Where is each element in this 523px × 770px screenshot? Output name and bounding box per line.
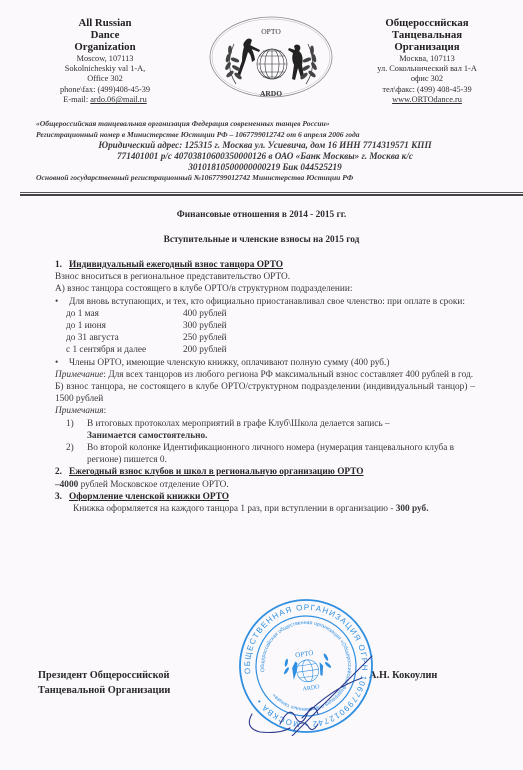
section-1-heading: 1.Индивидуальный ежегодный взнос танцора… — [55, 259, 475, 271]
website-link[interactable]: www.ORTOdance.ru — [362, 95, 492, 105]
logo-bottom-text: ARDO — [260, 89, 282, 98]
letterhead-right: Общероссийская Танцевальная Организация … — [362, 17, 492, 106]
schedule-amount: 200 рублей — [183, 344, 475, 356]
logo-top-text: ОРТО — [261, 27, 281, 36]
org-name-ru-2: Танцевальная — [362, 29, 492, 41]
registration-block: «Общероссийская танцевальная организация… — [20, 119, 510, 184]
org-name-en-1: All Russian — [40, 17, 170, 29]
address-line: Office 302 — [40, 74, 170, 84]
schedule-period: с 1 сентября и далее — [66, 344, 183, 356]
official-stamp: ОБЩЕСТВЕННАЯ ОРГАНИЗАЦИЯ ОГРН 1067799012… — [232, 596, 380, 736]
email-line: E-mail: ardo.06@mail.ru — [40, 95, 170, 105]
email-label: E-mail: — [63, 95, 90, 104]
schedule-period: до 1 июня — [66, 320, 183, 332]
schedule-amount: 250 рублей — [183, 332, 475, 344]
document-title: Финансовые отношения в 2014 - 2015 гг. — [0, 210, 523, 220]
note-item: 2) Во второй колонке Идентификационного … — [66, 442, 475, 466]
dancer-left-icon — [237, 39, 260, 77]
header-divider-thick — [20, 194, 523, 196]
address-line: офис 302 — [362, 74, 492, 84]
address-line: ул. Сокольнический вал 1-А — [362, 64, 492, 74]
letterhead-left: All Russian Dance Organization Moscow, 1… — [40, 17, 170, 106]
stamp-center-bottom: ARDO — [302, 684, 320, 692]
registration-line-6: Основной государственный регистрационный… — [20, 173, 510, 184]
schedule-amount: 400 рублей — [183, 308, 475, 320]
email-link[interactable]: ardo.06@mail.ru — [90, 95, 147, 104]
section-2-heading: 2.Ежегодный взнос клубов и школ в регион… — [55, 466, 475, 478]
laurel-right-icon — [300, 44, 317, 84]
address-line: Москва, 107113 — [362, 54, 492, 64]
stamp-inner-text: Общероссийская общественная организация … — [254, 614, 358, 718]
header-divider — [20, 192, 523, 193]
section-number: 3. — [55, 491, 69, 503]
address-line: Moscow, 107113 — [40, 54, 170, 64]
schedule-period: до 1 мая — [66, 308, 183, 320]
section-1-a: А) взнос танцора состоящего в клубе ОРТО… — [55, 283, 475, 295]
note-label: Примечание — [55, 370, 103, 380]
section-3-heading: 3.Оформление членской книжки ОРТО — [55, 491, 475, 503]
registration-line-2: Регистрационный номер в Министерстве Юст… — [20, 130, 510, 141]
address-line: Sokolnicheskiy val 1-A, — [40, 64, 170, 74]
section-3-text: Книжка оформляется на каждого танцора 1 … — [55, 503, 475, 515]
phone-line: тел\факс: (499) 408-45-39 — [362, 85, 492, 95]
registration-line-1: «Общероссийская танцевальная организация… — [20, 119, 510, 130]
globe-icon — [257, 49, 287, 79]
note: Примечание: Для всех танцоров из любого … — [55, 369, 475, 381]
schedule-amount: 300 рублей — [183, 320, 475, 332]
document-body: 1.Индивидуальный ежегодный взнос танцора… — [55, 259, 475, 515]
org-name-en-2: Dance — [40, 29, 170, 41]
schedule-period: до 31 августа — [66, 332, 183, 344]
section-1-intro: Взнос вноситься в региональное представи… — [55, 271, 475, 283]
bullet-icon: • — [55, 296, 69, 308]
section-number: 1. — [55, 259, 69, 271]
org-name-ru-3: Организация — [362, 41, 492, 53]
bullet-members: •Члены ОРТО, имеющие членскую книжку, оп… — [55, 357, 475, 369]
registration-line-4: 771401001 р/с 40703810600350000126 в ОАО… — [20, 151, 510, 162]
document-subtitle: Вступительные и членские взносы на 2015 … — [0, 235, 523, 245]
section-1-b: Б) взнос танцора, не состоящего в клубе … — [55, 381, 475, 405]
bullet-icon: • — [55, 357, 69, 369]
signatory-title: Президент Общероссийской Танцевальной Ор… — [38, 669, 170, 698]
registration-line-3: Юридический адрес: 125315 г. Москва ул. … — [20, 140, 510, 151]
fee-schedule: до 1 мая400 рублей до 1 июня300 рублей д… — [55, 308, 475, 357]
stamp-globe-icon — [295, 658, 320, 683]
section-number: 2. — [55, 466, 69, 478]
registration-line-5: 30101810500000000219 Бик 044525219 — [20, 162, 510, 173]
book-fee-amount: 300 руб. — [396, 504, 429, 514]
section-2-text: –4000 рублей Московское отделение ОРТО. — [55, 479, 475, 491]
notes-list: 1) В итоговых протоколах мероприятий в г… — [55, 418, 475, 467]
org-name-ru-1: Общероссийская — [362, 17, 492, 29]
bullet-new-members: •Для вновь вступающих, и тех, кто официа… — [55, 296, 475, 308]
org-name-en-3: Organization — [40, 41, 170, 53]
notes-heading: Примечания: — [55, 405, 475, 417]
dancer-right-icon — [288, 45, 304, 81]
phone-line: phone\fax: (499)408-45-39 — [40, 85, 170, 95]
club-fee-amount: –4000 — [55, 480, 78, 490]
laurel-left-icon — [225, 44, 242, 84]
orto-logo: ОРТО ARDO — [206, 12, 336, 102]
note-item: 1) В итоговых протоколах мероприятий в г… — [66, 418, 475, 442]
stamp-center-top: ОРТО — [295, 649, 314, 659]
